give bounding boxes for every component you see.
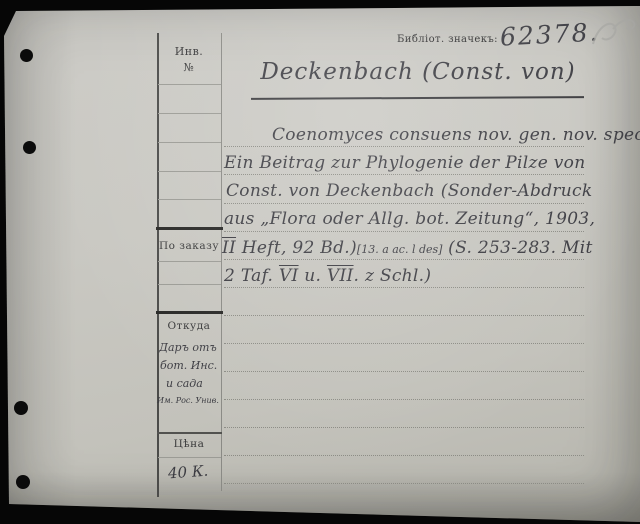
title-underline (251, 96, 584, 100)
entry-line-text: Heft, 92 Bd.) (236, 238, 357, 258)
inserted-note: [13. a ac. l des] (357, 243, 443, 256)
scan-background: Инв. № По заказу Откуда Цѣна Даръ отъ бо… (0, 0, 640, 524)
price-label: Цѣна (157, 438, 221, 450)
column-rule (158, 261, 221, 262)
ruled-line (224, 371, 584, 372)
punch-hole (16, 475, 30, 489)
roman-numeral: VI (279, 266, 299, 286)
entry-line-text: u. (299, 266, 327, 286)
punch-hole (23, 141, 36, 154)
column-rule (158, 113, 221, 114)
origin-handwriting: Им. Рос. Унив. (157, 396, 219, 405)
punch-hole (20, 49, 33, 62)
ruled-line (224, 315, 584, 316)
column-rule (158, 284, 221, 285)
origin-label: Откуда (157, 320, 221, 332)
column-rule (158, 457, 221, 458)
roman-numeral: II (222, 238, 236, 258)
ruled-line (224, 174, 584, 175)
entry-line: Ein Beitrag zur Phylogenie der Pilze von (224, 152, 585, 174)
origin-handwriting: Даръ отъ (159, 341, 217, 354)
ruled-line (224, 427, 584, 428)
ruled-line (224, 203, 584, 204)
ruled-line (224, 146, 584, 147)
inventory-number-sign: № (157, 61, 221, 74)
section-divider (156, 227, 223, 230)
column-rule (158, 142, 221, 143)
entry-line-text: 2 Taf. (224, 266, 279, 286)
column-divider-right (221, 33, 222, 491)
card-title: Deckenbach (Const. von) (250, 59, 586, 85)
ruled-line (224, 287, 584, 288)
entry-line: 2 Taf. VI u. VII. z Schl.) (224, 265, 431, 287)
punch-hole (14, 401, 28, 415)
entry-line: Const. von Deckenbach (Sonder-Abdruck (226, 180, 592, 202)
ruled-line (224, 399, 584, 400)
inventory-number-label: Инв. (157, 45, 221, 58)
ruled-line (224, 455, 584, 456)
column-rule (158, 199, 221, 200)
ruled-line (224, 483, 584, 484)
order-label: По заказу (157, 240, 221, 252)
entry-line: II Heft, 92 Bd.)[13. a ac. l des] (S. 25… (222, 237, 593, 261)
card-edge-shading (0, 0, 640, 524)
roman-numeral: VII (327, 266, 354, 286)
library-stamp-number: 62378. (499, 17, 600, 51)
entry-line-text: . z Schl.) (354, 266, 432, 286)
column-rule (158, 171, 221, 172)
ruled-line (224, 343, 584, 344)
ruled-line (224, 259, 584, 260)
entry-line: Coenomyces consuens nov. gen. nov. spec. (272, 124, 640, 146)
section-divider (157, 432, 222, 434)
entry-line-text: (S. 253-283. Mit (442, 238, 592, 258)
catalog-card: Инв. № По заказу Откуда Цѣна Даръ отъ бо… (0, 0, 640, 524)
section-divider (156, 311, 223, 314)
column-divider-left (157, 33, 159, 497)
pencil-mark (583, 12, 639, 54)
price-value: 40 К. (167, 462, 208, 483)
origin-handwriting: бот. Инс. (160, 359, 217, 372)
library-stamp-label: Библіот. значекъ: (397, 34, 498, 45)
origin-handwriting: и сада (166, 377, 203, 390)
ruled-line (224, 231, 584, 232)
entry-line: aus „Flora oder Allg. bot. Zeitung“, 190… (224, 208, 595, 230)
column-rule (158, 84, 221, 85)
